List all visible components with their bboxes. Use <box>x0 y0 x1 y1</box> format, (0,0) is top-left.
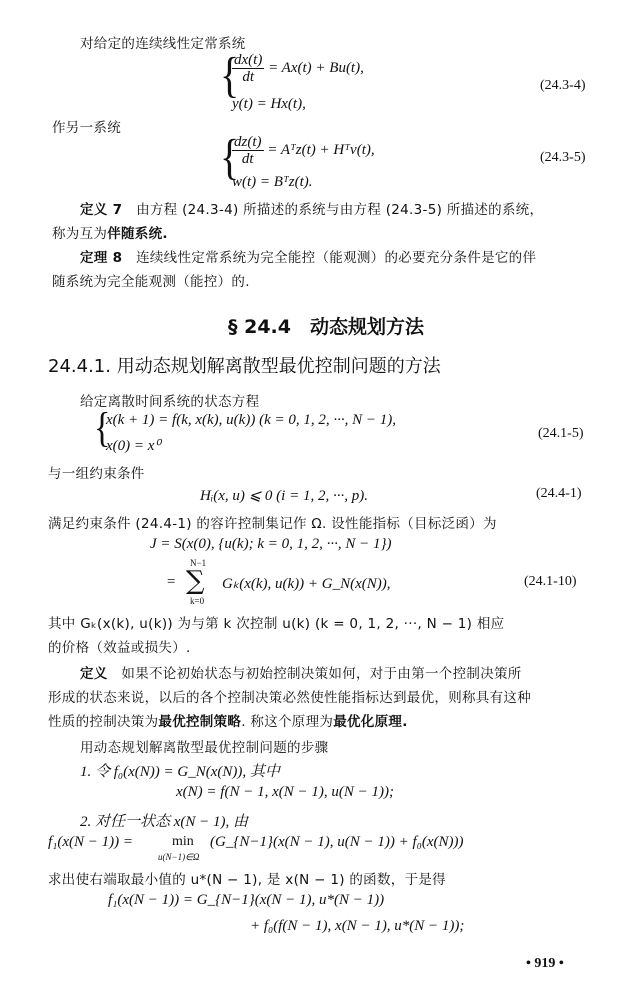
equation-state-line1: x(k + 1) = f(k, x(k), u(k)) (k = 0, 1, 2… <box>106 412 396 429</box>
definition-cont: 性质的控制决策为最优控制策略. 称这个原理为最优化原理. <box>48 710 408 730</box>
definition-cont: 形成的状态来说，以后的各个控制决策必然使性能指标达到最优，则称具有这种 <box>48 686 531 706</box>
paragraph: 满足约束条件 (24.4-1) 的容许控制集记作 Ω. 设性能指标（目标泛函）为 <box>48 512 497 532</box>
sum-icon: ∑ <box>186 566 205 596</box>
paragraph: 求出使右端取最小值的 u*(N − 1), 是 x(N − 1) 的函数，于是得 <box>48 868 446 888</box>
definition-7-cont: 称为互为伴随系统. <box>52 222 168 242</box>
step-2-equation-rhs: (G_{N−1}(x(N − 1), u(N − 1)) + f₀(x(N))) <box>210 834 463 851</box>
definition-label: 定义 7 <box>80 202 122 218</box>
equation-tag: (24.4-1) <box>536 486 582 502</box>
steps-intro: 用动态规划解离散型最优控制问题的步骤 <box>80 736 328 756</box>
theorem-8-cont: 随系统为完全能观测（能控）的. <box>52 270 250 290</box>
paragraph: 其中 Gₖ(x(k), u(k)) 为与第 k 次控制 u(k) (k = 0,… <box>48 612 504 632</box>
equation-performance-line1: J = S(x(0), {u(k); k = 0, 1, 2, ···, N −… <box>150 536 391 553</box>
sum-lower-limit: k=0 <box>190 596 204 606</box>
equation-performance-line2: Gₖ(x(k), u(k)) + G_N(x(N)), <box>222 574 391 593</box>
equation-tag: (24.3-5) <box>540 150 586 166</box>
subsection-title: 24.4.1. 用动态规划解离散型最优控制问题的方法 <box>48 352 441 378</box>
equation-24-3-4-line1: dx(t)dt = Ax(t) + Bu(t), <box>232 52 364 85</box>
step-2: 2. 对任一状态 x(N − 1), 由 <box>80 810 248 831</box>
min-operator: min <box>172 834 194 850</box>
intro-text: 与一组约束条件 <box>48 462 145 482</box>
equation-tag: (24.1-10) <box>524 574 577 590</box>
equation-tag: (24.1-5) <box>538 426 584 442</box>
step-2-equation-lhs: f₁(x(N − 1)) = <box>48 834 133 851</box>
equation-constraint: Hᵢ(x, u) ⩽ 0 (i = 1, 2, ···, p). <box>200 486 368 505</box>
equation-24-3-5-line2: w(t) = Bᵀz(t). <box>232 174 313 191</box>
equation-24-3-4-line2: y(t) = Hx(t), <box>232 96 306 113</box>
definition-optimality: 定义 如果不论初始状态与初始控制决策如何，对于由第一个控制决策所 <box>80 662 522 682</box>
step-1-equation: x(N) = f(N − 1, x(N − 1), u(N − 1)); <box>176 784 394 801</box>
section-title: § 24.4 动态规划方法 <box>228 312 424 339</box>
page-number: • 919 • <box>526 956 564 972</box>
definition-label: 定义 <box>80 666 108 682</box>
theorem-8: 定理 8 连续线性定常系统为完全能控（能观测）的必要充分条件是它的伴 <box>80 246 536 266</box>
theorem-label: 定理 8 <box>80 250 122 266</box>
min-subscript: u(N−1)∈Ω <box>158 852 199 863</box>
step-1: 1. 令 f₀(x(N)) = G_N(x(N)), 其中 <box>80 760 280 781</box>
definition-7: 定义 7 由方程 (24.3-4) 所描述的系统与由方程 (24.3-5) 所描… <box>80 198 543 218</box>
paragraph: 的价格（效益或损失）. <box>48 636 191 656</box>
equation-f1-line1: f₁(x(N − 1)) = G_{N−1}(x(N − 1), u*(N − … <box>108 892 384 909</box>
intro-text: 作另一系统 <box>52 116 121 136</box>
equation-performance-line2-eq: = <box>166 574 176 591</box>
equation-24-3-5-line1: dz(t)dt = Aᵀz(t) + Hᵀv(t), <box>232 134 375 167</box>
equation-f1-line2: + f₀(f(N − 1), x(N − 1), u*(N − 1)); <box>250 918 464 935</box>
equation-tag: (24.3-4) <box>540 78 586 94</box>
equation-state-line2: x(0) = x⁰ <box>106 436 160 455</box>
